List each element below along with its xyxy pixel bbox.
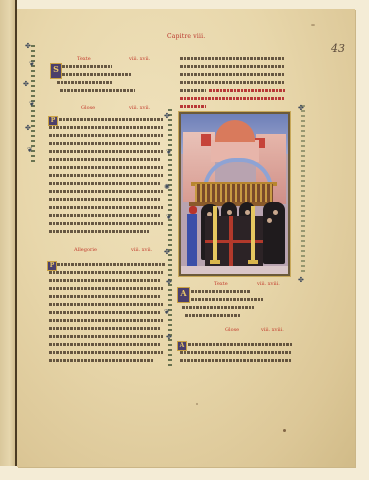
folio-number: 43 — [331, 42, 345, 55]
ivy-leaf-icon: ❦ — [29, 101, 35, 108]
rubric-texte: Texte — [214, 281, 228, 287]
parchment-stain — [196, 403, 198, 405]
ivy-leaf-icon: ✤ — [164, 113, 170, 120]
manuscript-page: Capitre viii. 43 ✤ ❦ ✤ ❦ ✤ ❦ Texte viii.… — [17, 9, 355, 467]
rubric-reference: viii. xviii. — [261, 327, 284, 333]
ivy-leaf-icon: ✤ — [25, 43, 31, 50]
parchment-stain — [311, 24, 315, 26]
ivy-leaf-icon: ❦ — [27, 147, 33, 154]
rubric-reference: viii. xvii. — [131, 247, 152, 253]
rubric-texte: Texte — [77, 56, 91, 62]
ivy-leaf-icon: ✤ — [23, 81, 29, 88]
illuminated-initial: P — [47, 261, 57, 271]
rubric-reference: viii. xvii. — [129, 105, 150, 111]
ivy-leaf-icon: ❦ — [164, 309, 170, 316]
running-head: Capitre viii. — [167, 33, 205, 40]
canopy — [195, 184, 273, 204]
ivy-leaf-icon: ✤ — [166, 279, 172, 286]
illuminated-initial: P — [48, 116, 58, 126]
rubric-allegorie: Allegorie — [74, 247, 97, 253]
ivy-leaf-icon: ✺ — [164, 184, 170, 191]
ivy-leaf-icon: ❦ — [166, 214, 172, 221]
candlestick — [251, 206, 255, 262]
ivy-leaf-icon: ✤ — [166, 334, 172, 341]
illuminated-initial: A — [177, 341, 187, 351]
rubric-reference: viii. xviii. — [257, 281, 280, 287]
ground — [181, 266, 288, 274]
figure-in-blue — [187, 214, 197, 269]
ivy-leaf-icon: ❦ — [29, 61, 35, 68]
rubric-reference: viii. xvii. — [129, 56, 150, 62]
figure-hat — [189, 206, 197, 214]
facing-page-edge — [0, 0, 16, 466]
ivy-leaf-icon: ✤ — [25, 125, 31, 132]
rubric-glose: Glose — [225, 327, 239, 333]
rubric-glose: Glose — [81, 105, 95, 111]
parchment-stain — [283, 429, 286, 432]
ivy-leaf-icon: ❦ — [166, 149, 172, 156]
illuminated-initial: S — [50, 63, 62, 79]
miniature-funeral-scene — [179, 112, 290, 276]
ivy-leaf-icon: ✤ — [298, 105, 304, 112]
candlestick — [213, 206, 217, 262]
illuminated-initial: A — [177, 287, 190, 303]
ivy-leaf-icon: ✤ — [298, 277, 304, 284]
ivy-leaf-icon: ✤ — [164, 249, 170, 256]
